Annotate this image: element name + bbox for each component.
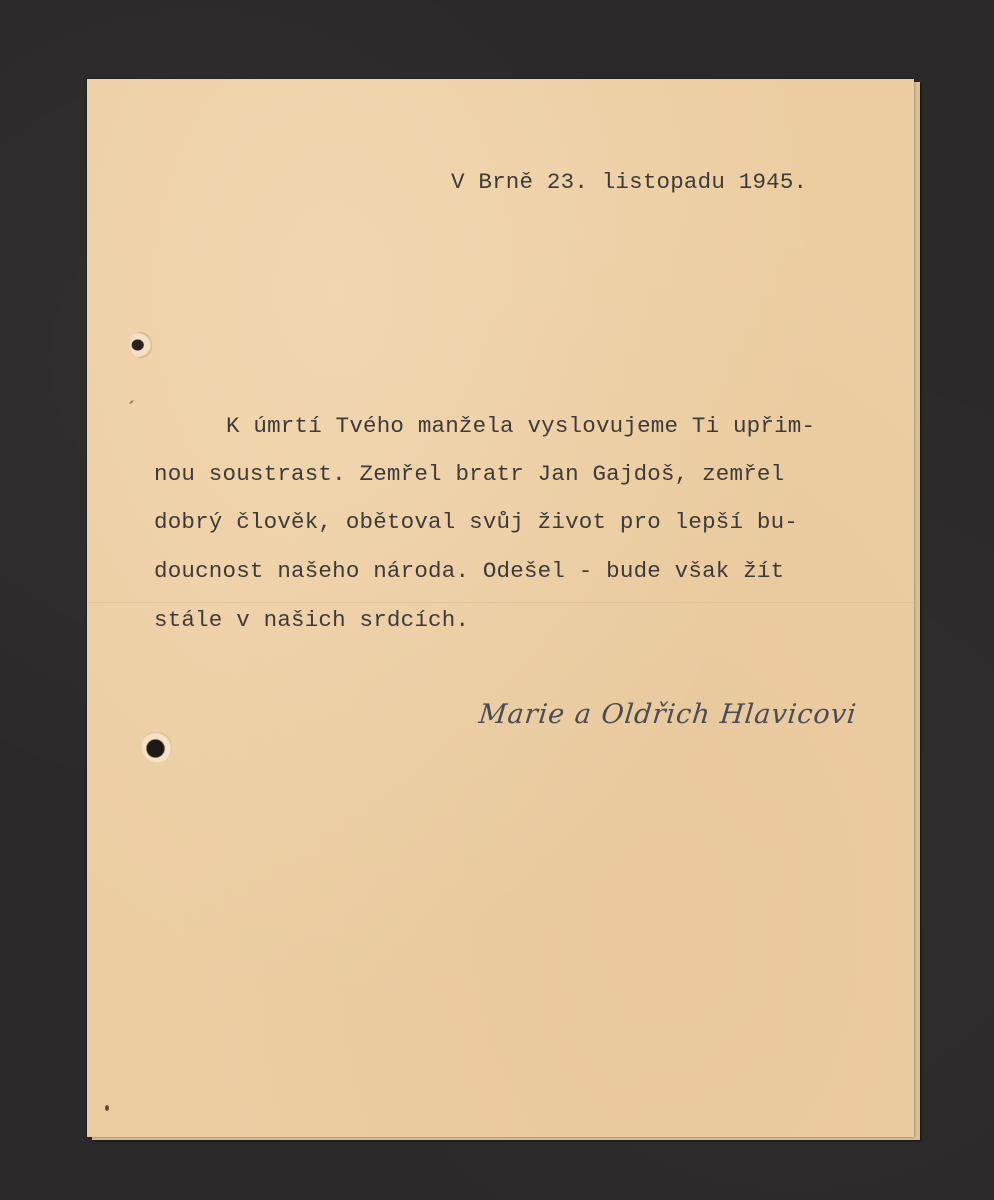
- body-line-5: stále v našich srdcích.: [154, 609, 469, 632]
- punch-hole-bottom: [142, 732, 172, 762]
- paper-mark: [129, 400, 134, 405]
- body-line-2: nou soustrast. Zemřel bratr Jan Gajdoš, …: [154, 463, 784, 486]
- body-line-4: doucnost našeho národa. Odešel - bude vš…: [154, 560, 784, 583]
- letter-page: V Brně 23. listopadu 1945. K úmrtí Tvého…: [87, 79, 914, 1137]
- fold-crease: [87, 602, 914, 603]
- date-line: V Brně 23. listopadu 1945.: [451, 171, 807, 194]
- punch-hole-top: [130, 332, 152, 358]
- body-line-1: K úmrtí Tvého manžela vyslovujeme Ti upř…: [226, 415, 815, 438]
- body-line-3: dobrý člověk, obětoval svůj život pro le…: [154, 511, 798, 534]
- paper-speck: [105, 1105, 109, 1111]
- handwritten-signature: Marie a Oldřich Hlavicovi: [477, 699, 858, 730]
